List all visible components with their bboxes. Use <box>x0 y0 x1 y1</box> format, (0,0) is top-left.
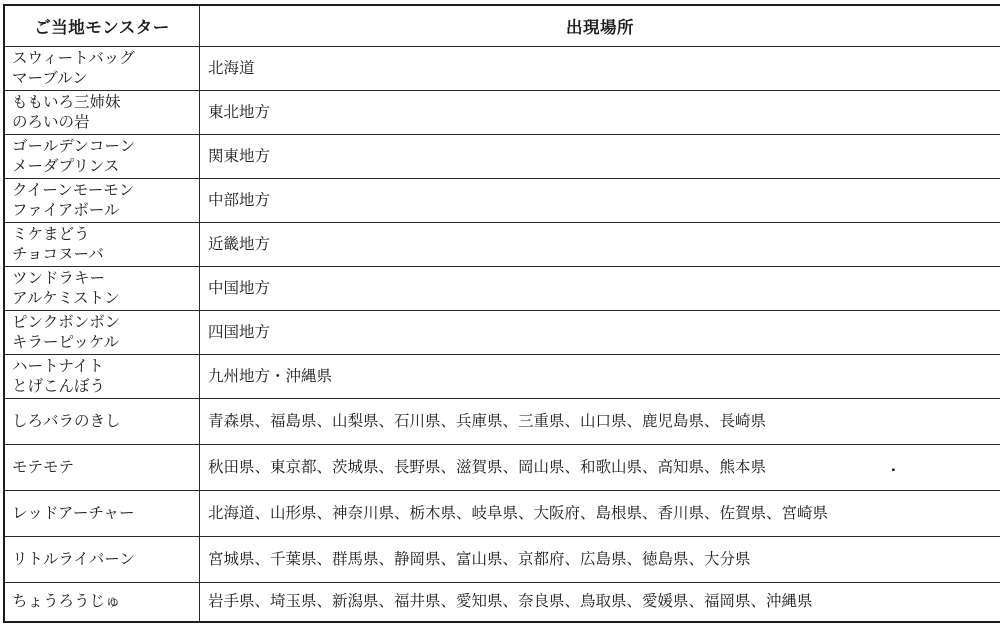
appearance-location-cell: 北海道 <box>200 47 1000 91</box>
stray-period-mark: . <box>891 457 896 474</box>
table-row: モテモテ秋田県、東京都、茨城県、長野県、滋賀県、岡山県、和歌山県、高知県、熊本県 <box>4 445 1000 491</box>
appearance-location-cell: 四国地方 <box>200 311 1000 355</box>
table-row: ゴールデンコーン メーダプリンス関東地方 <box>4 135 1000 179</box>
appearance-location-cell: 青森県、福島県、山梨県、石川県、兵庫県、三重県、山口県、鹿児島県、長崎県 <box>200 399 1000 445</box>
appearance-location-cell: 中国地方 <box>200 267 1000 311</box>
appearance-location-cell: 近畿地方 <box>200 223 1000 267</box>
appearance-location-cell: 九州地方・沖縄県 <box>200 355 1000 399</box>
monster-name-cell: リトルライバーン <box>4 537 200 583</box>
monster-location-table: ご当地モンスター 出現場所 スウィートバッグ マーブルン北海道ももいろ三姉妹 の… <box>3 4 1000 623</box>
monster-name-cell: ミケまどう チョコヌーバ <box>4 223 200 267</box>
header-row: ご当地モンスター 出現場所 <box>4 5 1000 47</box>
table-row: リトルライバーン宮城県、千葉県、群馬県、静岡県、富山県、京都府、広島県、徳島県、… <box>4 537 1000 583</box>
appearance-location-cell: 東北地方 <box>200 91 1000 135</box>
table-row: しろバラのきし青森県、福島県、山梨県、石川県、兵庫県、三重県、山口県、鹿児島県、… <box>4 399 1000 445</box>
appearance-location-cell: 関東地方 <box>200 135 1000 179</box>
table-row: ももいろ三姉妹 のろいの岩東北地方 <box>4 91 1000 135</box>
table-row: ピンクボンボン キラーピッケル四国地方 <box>4 311 1000 355</box>
monster-name-cell: スウィートバッグ マーブルン <box>4 47 200 91</box>
monster-name-cell: モテモテ <box>4 445 200 491</box>
table-header: ご当地モンスター 出現場所 <box>4 5 1000 47</box>
monster-name-cell: ハートナイト とげこんぼう <box>4 355 200 399</box>
appearance-location-cell: 岩手県、埼玉県、新潟県、福井県、愛知県、奈良県、鳥取県、愛媛県、福岡県、沖縄県 <box>200 583 1000 622</box>
table-row: ハートナイト とげこんぼう九州地方・沖縄県 <box>4 355 1000 399</box>
column-header-location: 出現場所 <box>200 5 1000 47</box>
monster-name-cell: ツンドラキー アルケミストン <box>4 267 200 311</box>
monster-name-cell: レッドアーチャー <box>4 491 200 537</box>
column-header-monster: ご当地モンスター <box>4 5 200 47</box>
table-row: ちょうろうじゅ岩手県、埼玉県、新潟県、福井県、愛知県、奈良県、鳥取県、愛媛県、福… <box>4 583 1000 622</box>
appearance-location-cell: 中部地方 <box>200 179 1000 223</box>
monster-name-cell: ちょうろうじゅ <box>4 583 200 622</box>
table-row: クイーンモーモン ファイアボール中部地方 <box>4 179 1000 223</box>
monster-name-cell: ももいろ三姉妹 のろいの岩 <box>4 91 200 135</box>
table-row: レッドアーチャー北海道、山形県、神奈川県、栃木県、岐阜県、大阪府、島根県、香川県… <box>4 491 1000 537</box>
appearance-location-cell: 秋田県、東京都、茨城県、長野県、滋賀県、岡山県、和歌山県、高知県、熊本県 <box>200 445 1000 491</box>
table-row: ミケまどう チョコヌーバ近畿地方 <box>4 223 1000 267</box>
monster-name-cell: ピンクボンボン キラーピッケル <box>4 311 200 355</box>
document-page: ご当地モンスター 出現場所 スウィートバッグ マーブルン北海道ももいろ三姉妹 の… <box>0 0 1000 626</box>
appearance-location-cell: 北海道、山形県、神奈川県、栃木県、岐阜県、大阪府、島根県、香川県、佐賀県、宮崎県 <box>200 491 1000 537</box>
appearance-location-cell: 宮城県、千葉県、群馬県、静岡県、富山県、京都府、広島県、徳島県、大分県 <box>200 537 1000 583</box>
monster-name-cell: ゴールデンコーン メーダプリンス <box>4 135 200 179</box>
monster-name-cell: しろバラのきし <box>4 399 200 445</box>
monster-name-cell: クイーンモーモン ファイアボール <box>4 179 200 223</box>
table-row: ツンドラキー アルケミストン中国地方 <box>4 267 1000 311</box>
table-row: スウィートバッグ マーブルン北海道 <box>4 47 1000 91</box>
table-body: スウィートバッグ マーブルン北海道ももいろ三姉妹 のろいの岩東北地方ゴールデンコ… <box>4 47 1000 622</box>
